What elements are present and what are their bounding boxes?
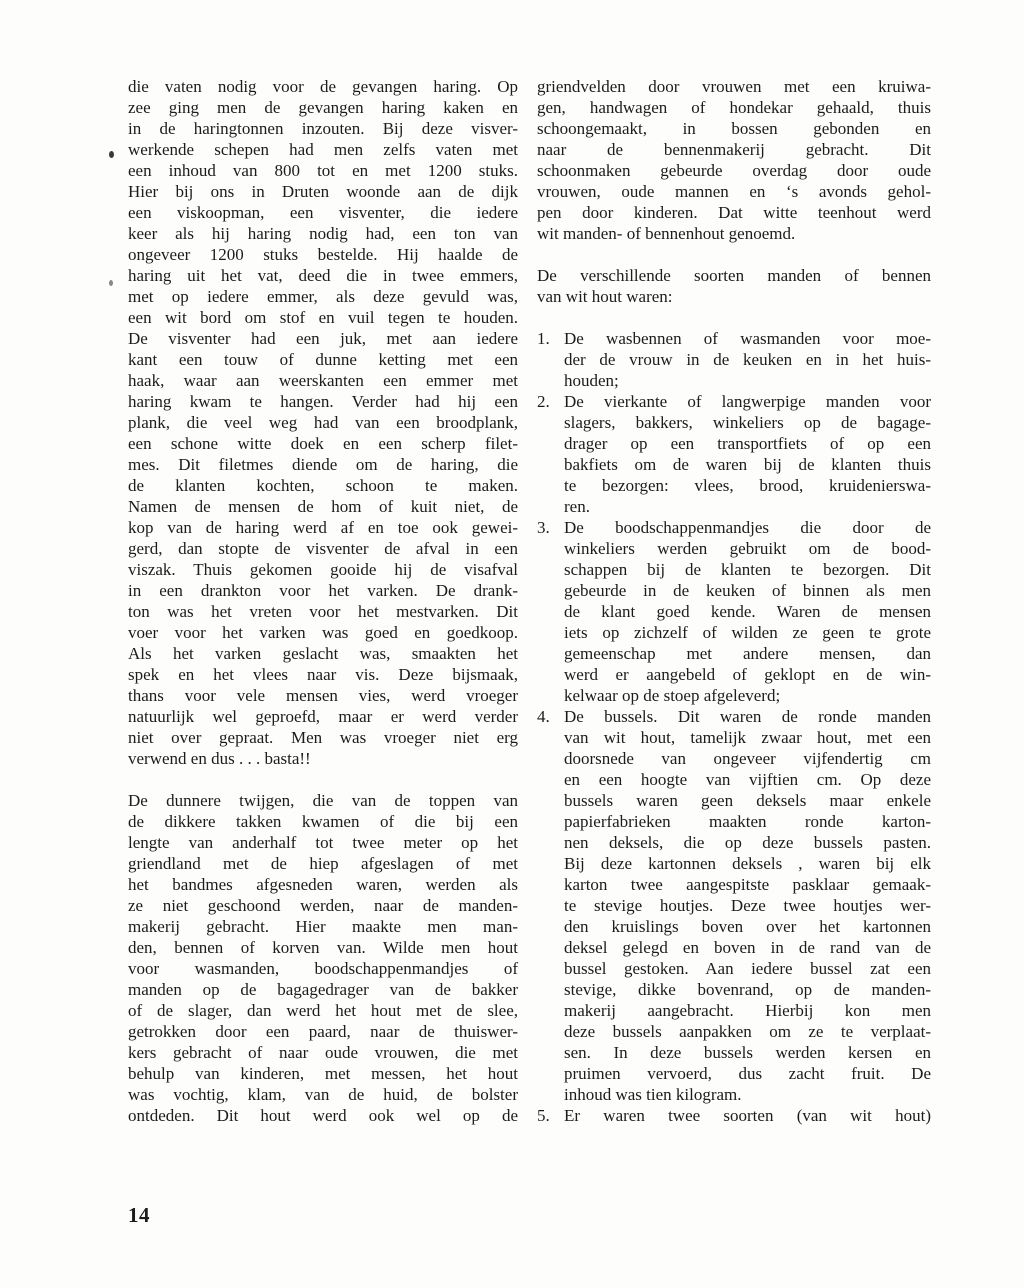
text-line: haring kwam te hangen. Verder had hij ee… [128,391,518,412]
text-line: iets op zichzelf of wilden ze geen te gr… [564,622,931,643]
text-line: griendland met de hiep afgeslagen of met [128,853,518,874]
text-line: ontdeden. Dit hout werd ook wel op de [128,1105,518,1126]
text-line: van wit hout waren: [537,286,931,307]
text-line: de klant goed kende. Waren de mensen [564,601,931,622]
text-line: De vierkante of langwerpige manden voor [564,391,931,412]
text-line: nen deksels, die op deze bussels pasten. [564,832,931,853]
text-line: gerd, dan stopte de visventer de afval i… [128,538,518,559]
text-line: houden; [564,370,931,391]
text-line: spek en het vlees naar vis. Deze bijsmaa… [128,664,518,685]
text-line: den, bennen of korven van. Wilde men hou… [128,937,518,958]
text-columns: die vaten nodig voor de gevangen haring.… [128,76,1024,1147]
text-line: met op iedere emmer, als deze gevuld was… [128,286,518,307]
text-line: was vochtig, klam, van de huid, de bolst… [128,1084,518,1105]
text-line: Namen de mensen de hom of kuit niet, de [128,496,518,517]
left-column: die vaten nodig voor de gevangen haring.… [128,76,518,1147]
text-line: haak, waar aan weerskanten een emmer met [128,370,518,391]
text-line: zee ging men de gevangen haring kaken en [128,97,518,118]
text-line: haring uit het vat, deed die in twee emm… [128,265,518,286]
text-line: viszak. Thuis gekomen gooide hij de visa… [128,559,518,580]
text-line: deksel gelegd en boven in de rand van de [564,937,931,958]
list-item-number: 3. [537,517,550,538]
text-line: voor wasmanden, boodschappenmandjes of [128,958,518,979]
scanned-page: die vaten nodig voor de gevangen haring.… [0,0,1024,1288]
text-line: slagers, bakkers, winkeliers op de bagag… [564,412,931,433]
text-line: ze niet geschoond werden, naar de manden… [128,895,518,916]
list-item-number: 4. [537,706,550,727]
text-line: lengte van anderhalf tot twee meter op h… [128,832,518,853]
text-line: kers gebracht of naar oude vrouwen, die … [128,1042,518,1063]
text-line: natuurlijk wel geproefd, maar er werd ve… [128,706,518,727]
text-line: sen. In deze bussels werden kersen en [564,1042,931,1063]
text-line: De dunnere twijgen, die van de toppen va… [128,790,518,811]
text-line: winkeliers werden gebruikt om de bood- [564,538,931,559]
text-line: van wit hout, tamelijk zwaar hout, met e… [564,727,931,748]
text-line: behulp van kinderen, met messen, het hou… [128,1063,518,1084]
scan-speck [109,280,113,286]
list-item: 5.Er waren twee soorten (van wit hout) [537,1105,931,1126]
text-line: bussels waren geen deksels maar enkele [564,790,931,811]
text-line: te stevige houtjes. Deze twee houtjes we… [564,895,931,916]
text-line: den kruislings boven over het kartonnen [564,916,931,937]
text-line: bakfiets om de waren bij de klanten thui… [564,454,931,475]
text-line: getrokken door een paard, naar de thuisw… [128,1021,518,1042]
text-line: manden op de bagagedrager van de bakker [128,979,518,1000]
text-line: De visventer had een juk, met aan iedere [128,328,518,349]
text-line: een schone witte doek en een scherp file… [128,433,518,454]
text-line: thans voor vele mensen vies, werd vroege… [128,685,518,706]
text-line: makerij aangebracht. Hierbij kon men [564,1000,931,1021]
text-line: De bussels. Dit waren de ronde manden [564,706,931,727]
text-line: schappen bij de klanten te bezorgen. Dit [564,559,931,580]
text-line: stevige, dikke bovenrand, op de manden- [564,979,931,1000]
scan-speck [109,151,114,158]
text-line: te bezorgen: vlees, brood, kruidenierswa… [564,475,931,496]
right-column: griendvelden door vrouwen met een kruiwa… [537,76,931,1147]
text-line: naar de bennenmakerij gebracht. Dit [537,139,931,160]
text-line: verwend en dus . . . basta!! [128,748,518,769]
text-line: kelwaar op de stoep afgeleverd; [564,685,931,706]
text-line: gebeurde in de keuken of binnen als men [564,580,931,601]
paragraph: De verschillende soorten manden of benne… [537,265,931,307]
text-line: die vaten nodig voor de gevangen haring.… [128,76,518,97]
text-line: de klanten kochten, schoon te maken. [128,475,518,496]
list-item-number: 1. [537,328,550,349]
text-line: drager op een transportfiets of op een [564,433,931,454]
text-line: karton twee aangespitste pasklaar gemaak… [564,874,931,895]
text-line: der de vrouw in de keuken en in het huis… [564,349,931,370]
text-line: mes. Dit filetmes diende om de haring, d… [128,454,518,475]
text-line: keer als hij haring nodig had, een ton v… [128,223,518,244]
text-line: de dikkere takken kwamen of die bij een [128,811,518,832]
text-line: schoongemaakt, in bossen gebonden en [537,118,931,139]
list-item: 3.De boodschappenmandjes die door dewink… [537,517,931,706]
text-line: ton was het vreten voor het mestvarken. … [128,601,518,622]
text-line: gen, handwagen of hondekar gehaald, thui… [537,97,931,118]
list-item: 4.De bussels. Dit waren de ronde mandenv… [537,706,931,1105]
text-line: wit manden- of bennenhout genoemd. [537,223,931,244]
text-line: kop van de haring werd af en toe ook gew… [128,517,518,538]
text-line: vrouwen, oude mannen en ‘s avonds gehol- [537,181,931,202]
text-line: inhoud was tien kilogram. [564,1084,931,1105]
text-line: ren. [564,496,931,517]
text-line: papierfabrieken maakten ronde karton- [564,811,931,832]
text-line: in een drankton voor het varken. De dran… [128,580,518,601]
page-number: 14 [128,1203,150,1228]
paragraph: De dunnere twijgen, die van de toppen va… [128,790,518,1126]
text-line: Er waren twee soorten (van wit hout) [564,1105,931,1126]
paragraph: die vaten nodig voor de gevangen haring.… [128,76,518,769]
text-line: niet over gepraat. Men was vroeger niet … [128,727,518,748]
text-line: een inhoud van 800 tot en met 1200 stuks… [128,160,518,181]
list-item: 2.De vierkante of langwerpige manden voo… [537,391,931,517]
text-line: ongeveer 1200 stuks bestelde. Hij haalde… [128,244,518,265]
list-item-number: 2. [537,391,550,412]
text-line: bussel gestoken. Aan iedere bussel zat e… [564,958,931,979]
text-line: makerij gebracht. Hier maakte men man- [128,916,518,937]
text-line: doorsnede van ongeveer vijfendertig cm [564,748,931,769]
text-line: schoonmaken gebeurde overdag door oude [537,160,931,181]
paragraph: griendvelden door vrouwen met een kruiwa… [537,76,931,244]
text-line: een wit bord om stof en vuil tegen te ho… [128,307,518,328]
text-line: De verschillende soorten manden of benne… [537,265,931,286]
text-line: in de haringtonnen inzouten. Bij deze vi… [128,118,518,139]
text-line: Bij deze kartonnen deksels , waren bij e… [564,853,931,874]
text-line: Hier bij ons in Druten woonde aan de dij… [128,181,518,202]
text-line: gemeenschap met andere mensen, dan [564,643,931,664]
text-line: een viskoopman, een visventer, die ieder… [128,202,518,223]
text-line: pruimen vervoerd, dus zacht fruit. De [564,1063,931,1084]
text-line: kant een touw of dunne ketting met een [128,349,518,370]
text-line: Als het varken geslacht was, smaakten he… [128,643,518,664]
text-line: De boodschappenmandjes die door de [564,517,931,538]
text-line: werd er aangebeld of geklopt en de win- [564,664,931,685]
text-line: deze bussels aanpakken om ze te verplaat… [564,1021,931,1042]
list-item: 1.De wasbennen of wasmanden voor moe-der… [537,328,931,391]
text-line: en een hoogte van vijftien cm. Op deze [564,769,931,790]
text-line: De wasbennen of wasmanden voor moe- [564,328,931,349]
text-line: voer voor het varken was goed en goedkoo… [128,622,518,643]
text-line: pen door kinderen. Dat witte teenhout we… [537,202,931,223]
list-item-number: 5. [537,1105,550,1126]
text-line: het bandmes afgesneden waren, werden als [128,874,518,895]
text-line: griendvelden door vrouwen met een kruiwa… [537,76,931,97]
text-line: werkende schepen had men zelfs vaten met [128,139,518,160]
text-line: plank, die veel weg had van een broodpla… [128,412,518,433]
text-line: of de slager, dan werd het hout met de s… [128,1000,518,1021]
